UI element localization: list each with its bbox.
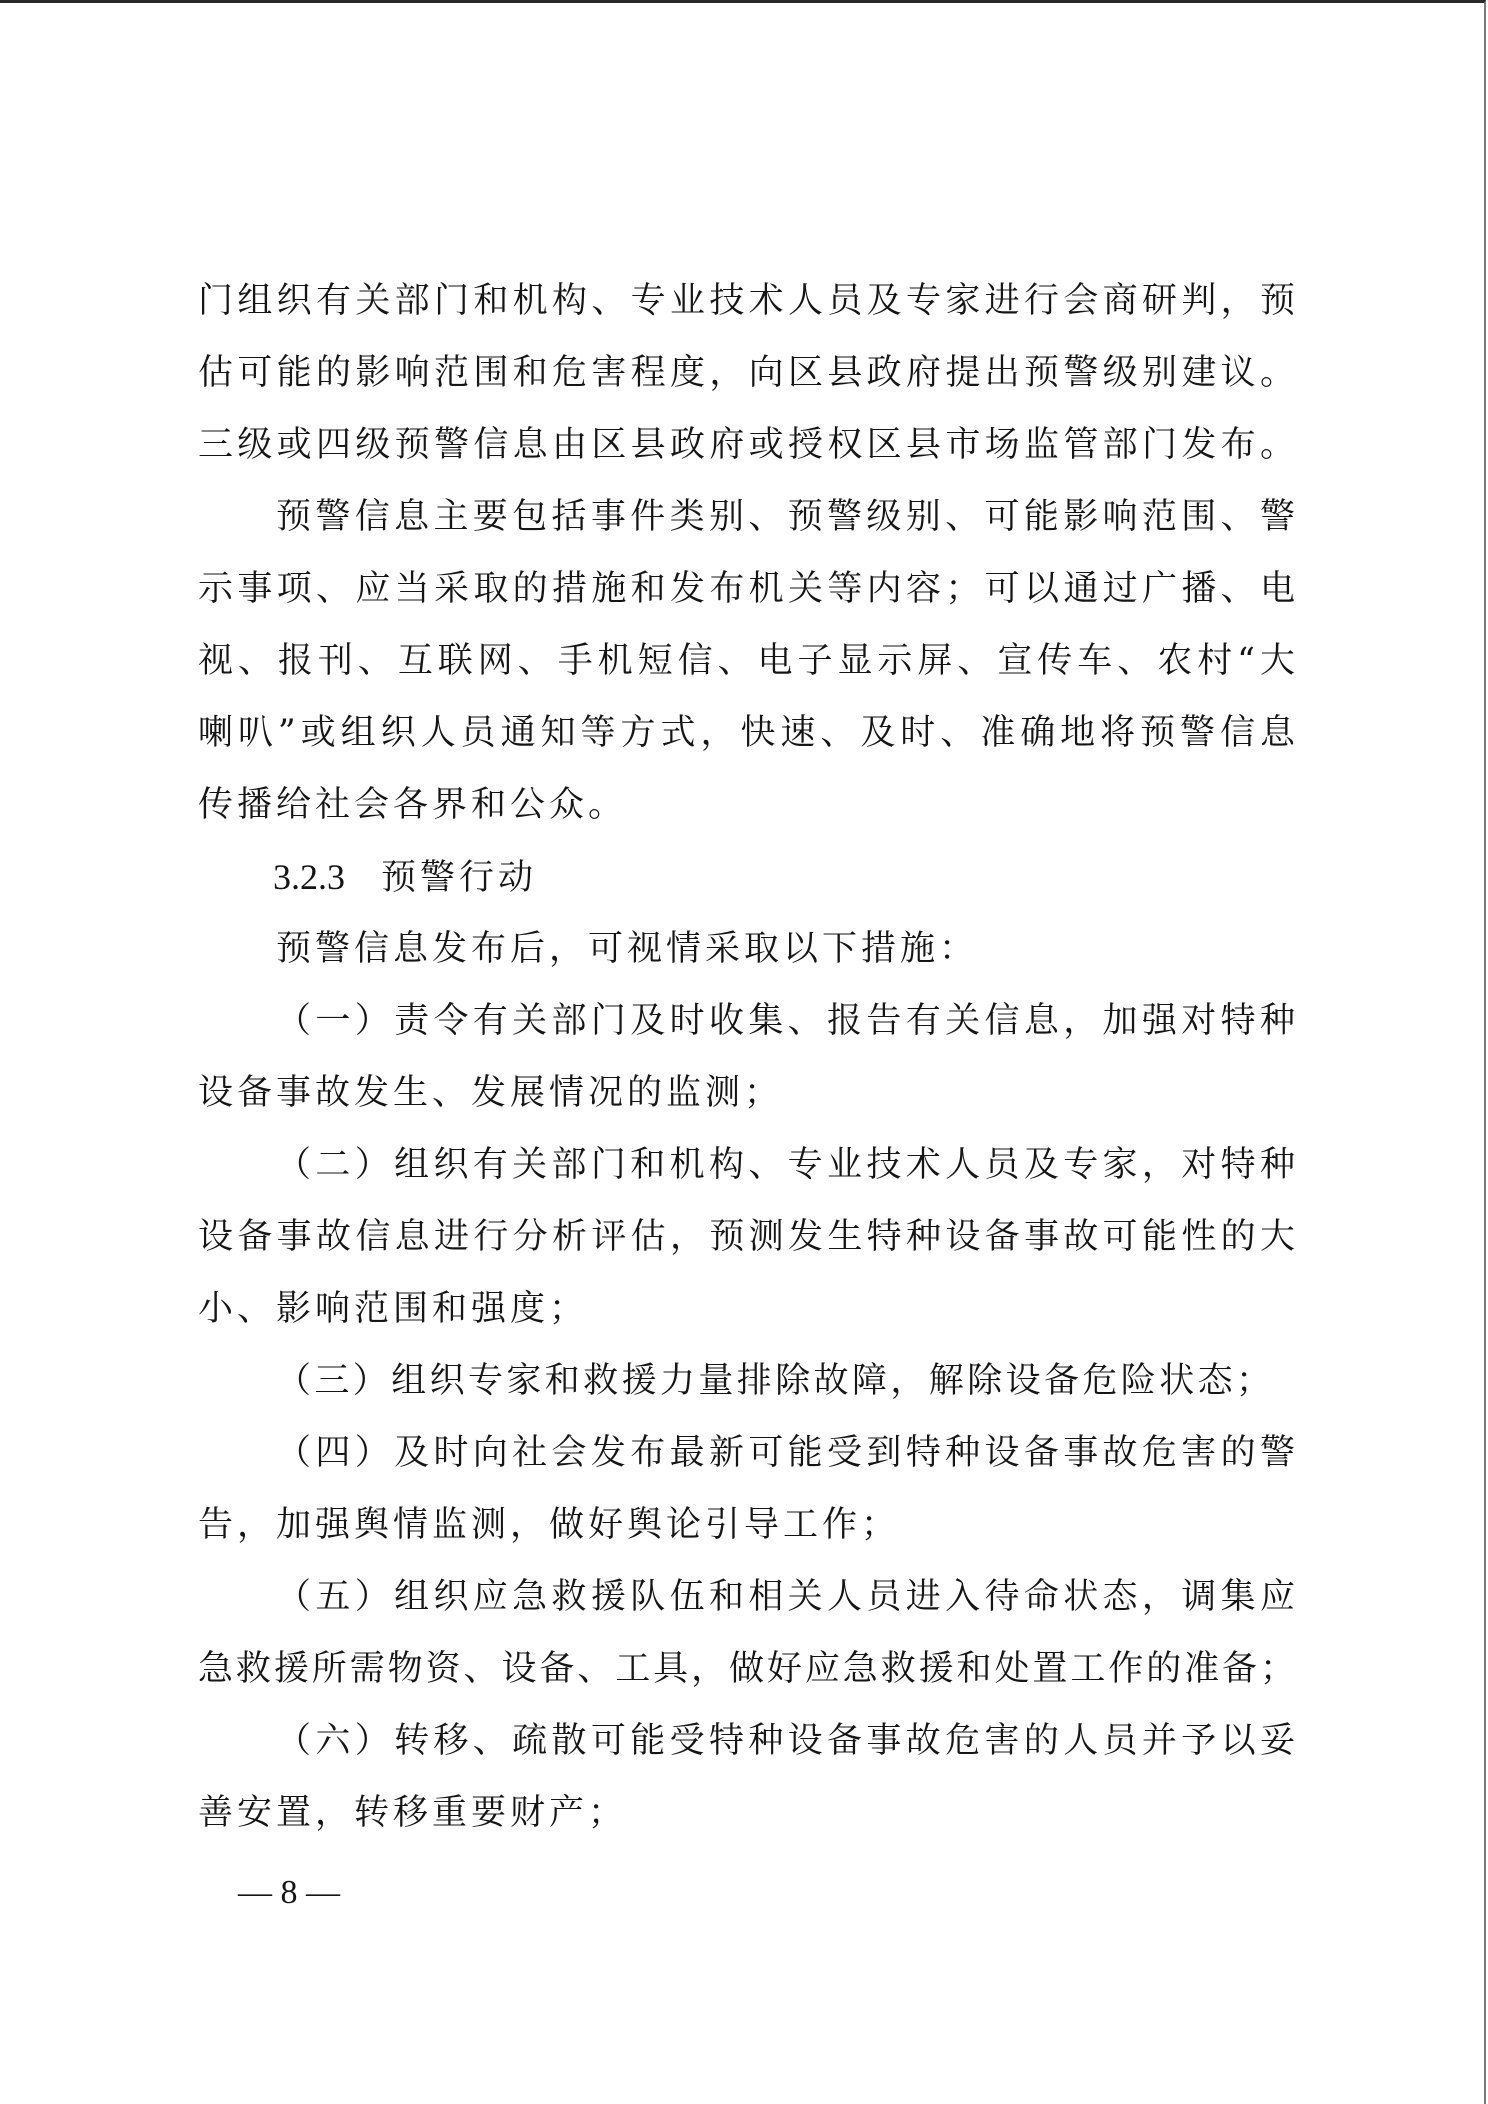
paragraph-line: 视、报刊、互联网、手机短信、电子显示屏、宣传车、农村“大 bbox=[198, 639, 1295, 683]
page-number: — 8 — bbox=[238, 1873, 340, 1913]
list-item-line: （一）责令有关部门及时收集、报告有关信息，加强对特种 bbox=[276, 999, 1295, 1043]
section-number: 3.2.3 bbox=[273, 857, 345, 897]
list-item-line: （五）组织应急救援队伍和相关人员进入待命状态，调集应 bbox=[276, 1575, 1295, 1619]
paragraph-line: 传播给社会各界和公众。 bbox=[198, 783, 627, 827]
paragraph-line: 估可能的影响范围和危害程度，向区县政府提出预警级别建议。 bbox=[198, 351, 1295, 395]
paragraph-line: 门组织有关部门和机构、专业技术人员及专家进行会商研判，预 bbox=[198, 279, 1295, 323]
list-item-line: 设备事故信息进行分析评估，预测发生特种设备事故可能性的大 bbox=[198, 1215, 1295, 1259]
paragraph-line: 示事项、应当采取的措施和发布机关等内容；可以通过广播、电 bbox=[198, 567, 1295, 611]
document-page: 门组织有关部门和机构、专业技术人员及专家进行会商研判，预 估可能的影响范围和危害… bbox=[0, 0, 1486, 2104]
list-item-line: 小、影响范围和强度； bbox=[198, 1287, 588, 1331]
paragraph-line: 三级或四级预警信息由区县政府或授权区县市场监管部门发布。 bbox=[198, 423, 1295, 467]
paragraph-line: 喇叭”或组织人员通知等方式，快速、及时、准确地将预警信息 bbox=[198, 711, 1295, 755]
list-item-line: （二）组织有关部门和机构、专业技术人员及专家，对特种 bbox=[276, 1143, 1295, 1187]
list-item-line: 设备事故发生、发展情况的监测； bbox=[198, 1071, 783, 1115]
list-item-line: （四）及时向社会发布最新可能受到特种设备事故危害的警 bbox=[276, 1431, 1295, 1475]
section-title: 预警行动 bbox=[381, 858, 537, 898]
list-item-line: （六）转移、疏散可能受特种设备事故危害的人员并予以妥 bbox=[276, 1719, 1295, 1763]
section-heading: 3.2.3预警行动 bbox=[273, 855, 537, 899]
list-item-line: （三）组织专家和救援力量排除故障，解除设备危险状态； bbox=[276, 1359, 1271, 1403]
list-item-line: 急救援所需物资、设备、工具，做好应急救援和处置工作的准备； bbox=[198, 1647, 1295, 1691]
list-item-line: 善安置，转移重要财产； bbox=[198, 1791, 627, 1835]
list-item-line: 告，加强舆情监测，做好舆论引导工作； bbox=[198, 1503, 900, 1547]
paragraph-line: 预警信息主要包括事件类别、预警级别、可能影响范围、警 bbox=[276, 495, 1295, 539]
paragraph-line: 预警信息发布后，可视情采取以下措施： bbox=[276, 927, 978, 971]
